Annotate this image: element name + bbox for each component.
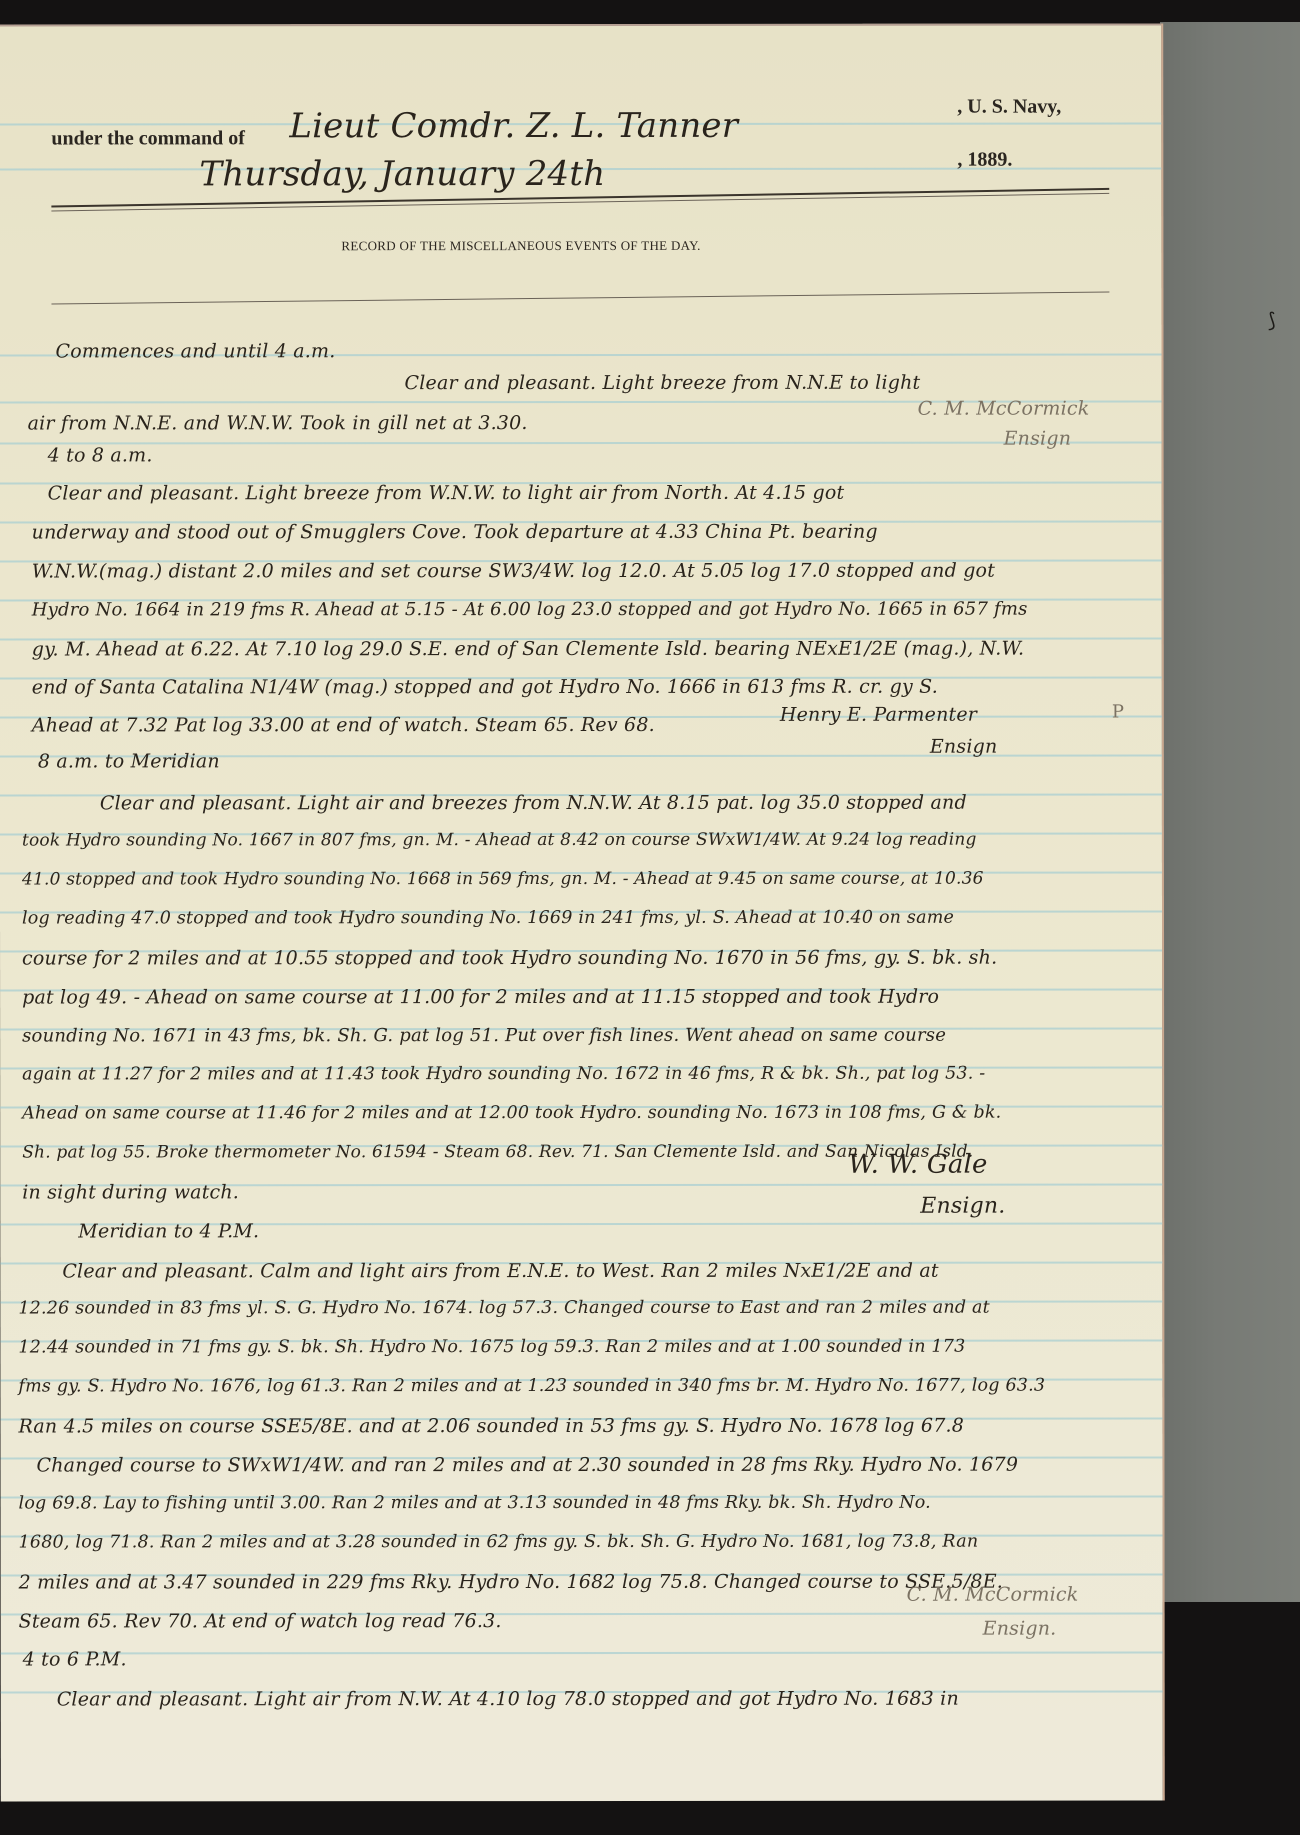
log-line: course for 2 miles and at 10.55 stopped … bbox=[22, 947, 997, 970]
log-line: Clear and pleasant. Light breeze from N.… bbox=[405, 372, 921, 394]
log-line: took Hydro sounding No. 1667 in 807 fms,… bbox=[22, 830, 977, 851]
logbook-page: under the command of Lieut Comdr. Z. L. … bbox=[0, 23, 1165, 1801]
page-lower bbox=[0, 1660, 1162, 1801]
cover-mark: ⟆ bbox=[1268, 308, 1276, 332]
watch-officer-signature: W. W. Gale bbox=[848, 1150, 987, 1180]
log-line: end of Santa Catalina N1/4W (mag.) stopp… bbox=[32, 676, 938, 699]
watch-officer-signature: Henry E. Parmenter bbox=[780, 704, 977, 726]
section-title: RECORD OF THE MISCELLANEOUS EVENTS OF TH… bbox=[341, 238, 700, 254]
log-line: Clear and pleasant. Light breeze from W.… bbox=[48, 482, 845, 505]
log-date: Thursday, January 24th bbox=[199, 154, 605, 194]
watch-heading: Meridian to 4 P.M. bbox=[78, 1220, 259, 1242]
log-line: log reading 47.0 stopped and took Hydro … bbox=[22, 908, 954, 929]
margin-initial: P bbox=[1112, 702, 1124, 723]
watch-officer-signature: C. M. McCormick bbox=[918, 398, 1090, 420]
book-cover-board bbox=[1160, 22, 1300, 1602]
watch-officer-rank: Ensign bbox=[1004, 428, 1072, 450]
log-line: 1680, log 71.8. Ran 2 miles and at 3.28 … bbox=[19, 1532, 979, 1553]
log-line: W.N.W.(mag.) distant 2.0 miles and set c… bbox=[32, 560, 995, 583]
log-line: Steam 65. Rev 70. At end of watch log re… bbox=[19, 1610, 502, 1632]
log-line: again at 11.27 for 2 miles and at 11.43 … bbox=[22, 1064, 985, 1085]
watch-heading: Commences and until 4 a.m. bbox=[56, 340, 336, 362]
log-line: 2 miles and at 3.47 sounded in 229 fms R… bbox=[19, 1571, 1003, 1594]
watch-officer-rank: Ensign. bbox=[920, 1194, 1005, 1219]
log-line: pat log 49. - Ahead on same course at 11… bbox=[22, 986, 939, 1009]
log-line: fms gy. S. Hydro No. 1676, log 61.3. Ran… bbox=[18, 1376, 1045, 1397]
log-line: Hydro No. 1664 in 219 fms R. Ahead at 5.… bbox=[32, 599, 1028, 621]
log-line: Ran 4.5 miles on course SSE5/8E. and at … bbox=[18, 1415, 964, 1438]
log-line: gy. M. Ahead at 6.22. At 7.10 log 29.0 S… bbox=[32, 638, 1024, 661]
log-line: in sight during watch. bbox=[22, 1181, 239, 1203]
log-line: Ahead at 7.32 Pat log 33.00 at end of wa… bbox=[32, 714, 655, 737]
watch-officer-signature: C. M. McCormick bbox=[907, 1584, 1079, 1606]
log-line: Changed course to SWxW1/4W. and ran 2 mi… bbox=[36, 1454, 1018, 1477]
year: , 1889. bbox=[957, 149, 1012, 172]
log-line: Clear and pleasant. Calm and light airs … bbox=[62, 1260, 938, 1283]
commander-name: Lieut Comdr. Z. L. Tanner bbox=[289, 106, 738, 146]
service-suffix: , U. S. Navy, bbox=[957, 96, 1061, 119]
log-line: 12.26 sounded in 83 fms yl. S. G. Hydro … bbox=[18, 1298, 990, 1319]
watch-officer-rank: Ensign bbox=[930, 736, 998, 758]
command-prefix: under the command of bbox=[51, 127, 245, 150]
watch-heading: 8 a.m. to Meridian bbox=[38, 750, 220, 772]
log-line: sounding No. 1671 in 43 fms, bk. Sh. G. … bbox=[22, 1025, 946, 1047]
log-line: Sh. pat log 55. Broke thermometer No. 61… bbox=[22, 1142, 973, 1163]
log-line: 12.44 sounded in 71 fms gy. S. bk. Sh. H… bbox=[18, 1337, 965, 1358]
log-line: underway and stood out of Smugglers Cove… bbox=[32, 521, 878, 544]
watch-heading: 4 to 8 a.m. bbox=[48, 444, 153, 466]
log-line: Clear and pleasant. Light air and breeze… bbox=[100, 792, 967, 815]
log-line: log 69.8. Lay to fishing until 3.00. Ran… bbox=[19, 1493, 931, 1514]
log-line: 41.0 stopped and took Hydro sounding No.… bbox=[22, 869, 984, 890]
watch-officer-rank: Ensign. bbox=[983, 1618, 1057, 1640]
log-line: air from N.N.E. and W.N.W. Took in gill … bbox=[28, 412, 528, 434]
log-line: Ahead on same course at 11.46 for 2 mile… bbox=[22, 1103, 1001, 1124]
